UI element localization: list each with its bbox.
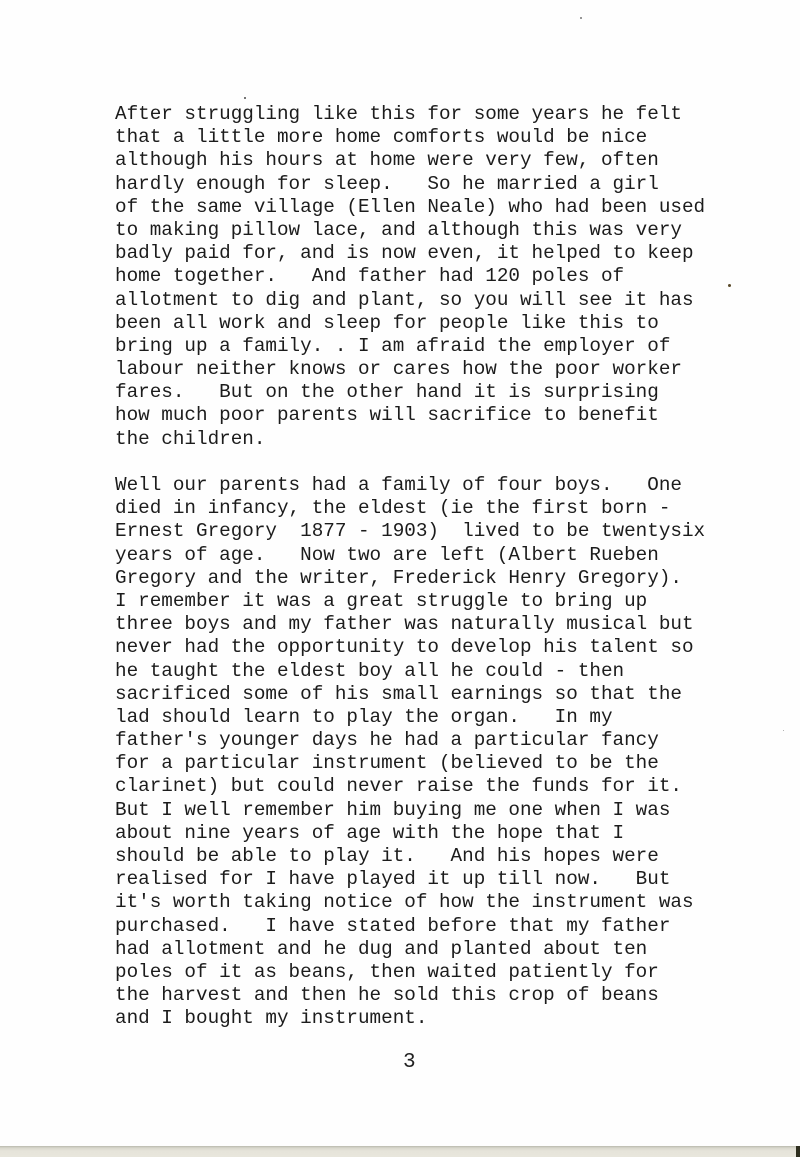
paragraph-1: After struggling like this for some year… [115,103,755,451]
text-line: bring up a family. . I am afraid the emp… [115,335,755,358]
text-line: he taught the eldest boy all he could - … [115,660,755,683]
text-line: died in infancy, the eldest (ie the firs… [115,497,755,520]
text-line: realised for I have played it up till no… [115,868,755,891]
scan-bottom-edge [0,1146,800,1157]
text-line: how much poor parents will sacrifice to … [115,404,755,427]
scan-corner-mark [796,1146,800,1157]
text-line: hardly enough for sleep. So he married a… [115,173,755,196]
text-line: that a little more home comforts would b… [115,126,755,149]
page-number: 3 [403,1051,416,1075]
text-line: been all work and sleep for people like … [115,312,755,335]
text-line: it's worth taking notice of how the inst… [115,891,755,914]
text-line: although his hours at home were very few… [115,149,755,172]
text-line: for a particular instrument (believed to… [115,752,755,775]
text-line: years of age. Now two are left (Albert R… [115,544,755,567]
text-line: the harvest and then he sold this crop o… [115,984,755,1007]
body-text: After struggling like this for some year… [115,103,755,1031]
text-line: father's younger days he had a particula… [115,729,755,752]
text-line: should be able to play it. And his hopes… [115,845,755,868]
text-line: badly paid for, and is now even, it help… [115,242,755,265]
text-line: about nine years of age with the hope th… [115,822,755,845]
text-line: But I well remember him buying me one wh… [115,799,755,822]
text-line: to making pillow lace, and although this… [115,219,755,242]
text-line: fares. But on the other hand it is surpr… [115,381,755,404]
text-line: purchased. I have stated before that my … [115,915,755,938]
text-line: never had the opportunity to develop his… [115,636,755,659]
text-line: sacrificed some of his small earnings so… [115,683,755,706]
text-line: three boys and my father was naturally m… [115,613,755,636]
text-line: I remember it was a great struggle to br… [115,590,755,613]
text-line: clarinet) but could never raise the fund… [115,775,755,798]
text-line: allotment to dig and plant, so you will … [115,289,755,312]
text-line: the children. [115,428,755,451]
text-line: Gregory and the writer, Frederick Henry … [115,567,755,590]
document-page: After struggling like this for some year… [0,0,800,1146]
scan-speck [244,97,246,99]
text-line: and I bought my instrument. [115,1007,755,1030]
text-line: home together. And father had 120 poles … [115,265,755,288]
scan-speck [580,17,582,19]
text-line: of the same village (Ellen Neale) who ha… [115,196,755,219]
text-line: labour neither knows or cares how the po… [115,358,755,381]
scan-speck [783,730,784,731]
text-line: Ernest Gregory 1877 - 1903) lived to be … [115,520,755,543]
text-line: poles of it as beans, then waited patien… [115,961,755,984]
paragraph-2: Well our parents had a family of four bo… [115,474,755,1031]
text-line: lad should learn to play the organ. In m… [115,706,755,729]
text-line: After struggling like this for some year… [115,103,755,126]
text-line: Well our parents had a family of four bo… [115,474,755,497]
text-line: had allotment and he dug and planted abo… [115,938,755,961]
